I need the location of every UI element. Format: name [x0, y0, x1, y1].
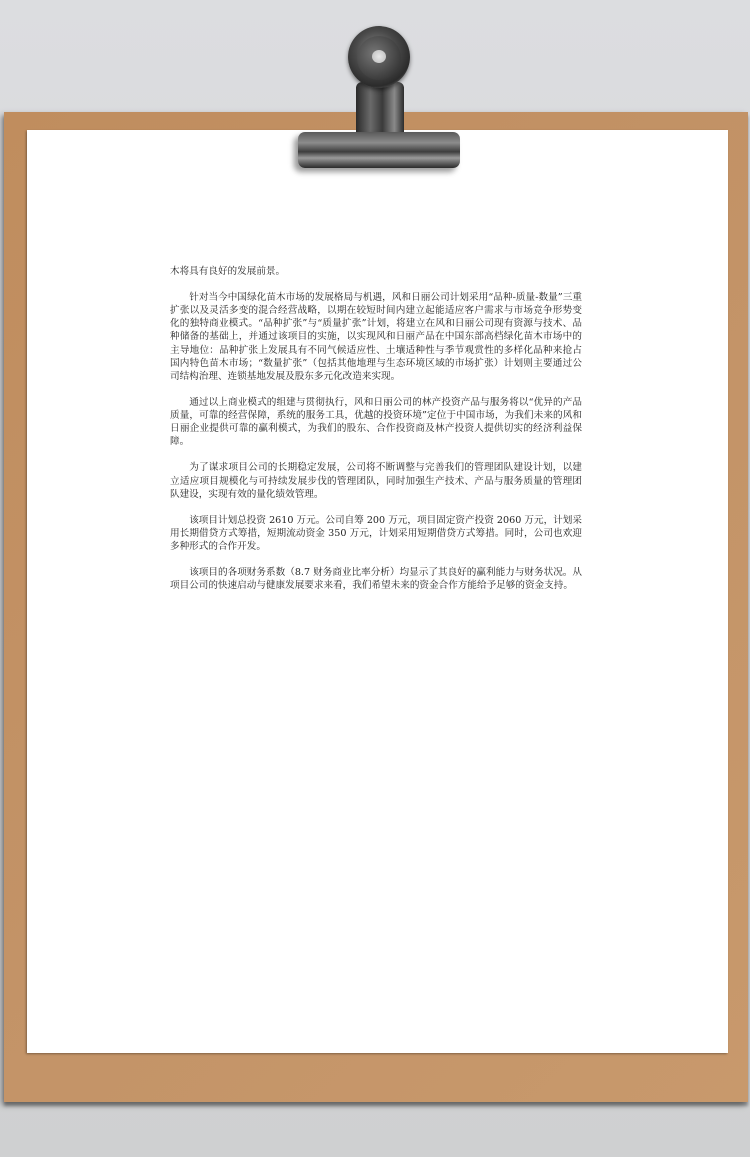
- binder-clip-icon: [290, 22, 470, 172]
- clip-base: [298, 132, 460, 168]
- paragraph-2: 通过以上商业模式的组建与贯彻执行，风和日丽公司的林产投资产品与服务将以“优异的产…: [170, 396, 582, 448]
- paragraph-3: 为了谋求项目公司的长期稳定发展，公司将不断调整与完善我们的管理团队建设计划，以建…: [170, 461, 582, 500]
- clip-hole: [372, 50, 386, 63]
- paragraph-4: 该项目计划总投资 2610 万元。公司自筹 200 万元，项目固定资产投资 20…: [170, 514, 582, 553]
- document-body: 木将具有良好的发展前景。 针对当今中国绿化苗木市场的发展格局与机遇，风和日丽公司…: [170, 265, 582, 605]
- paragraph-1: 针对当今中国绿化苗木市场的发展格局与机遇，风和日丽公司计划采用“品种-质量-数量…: [170, 291, 582, 383]
- paragraph-5: 该项目的各项财务系数（8.7 财务商业比率分析）均显示了其良好的赢利能力与财务状…: [170, 566, 582, 592]
- clip-ring-inner: [357, 36, 401, 80]
- paragraph-0: 木将具有良好的发展前景。: [170, 265, 582, 278]
- clip-ring: [348, 26, 410, 88]
- clip-neck: [356, 82, 404, 138]
